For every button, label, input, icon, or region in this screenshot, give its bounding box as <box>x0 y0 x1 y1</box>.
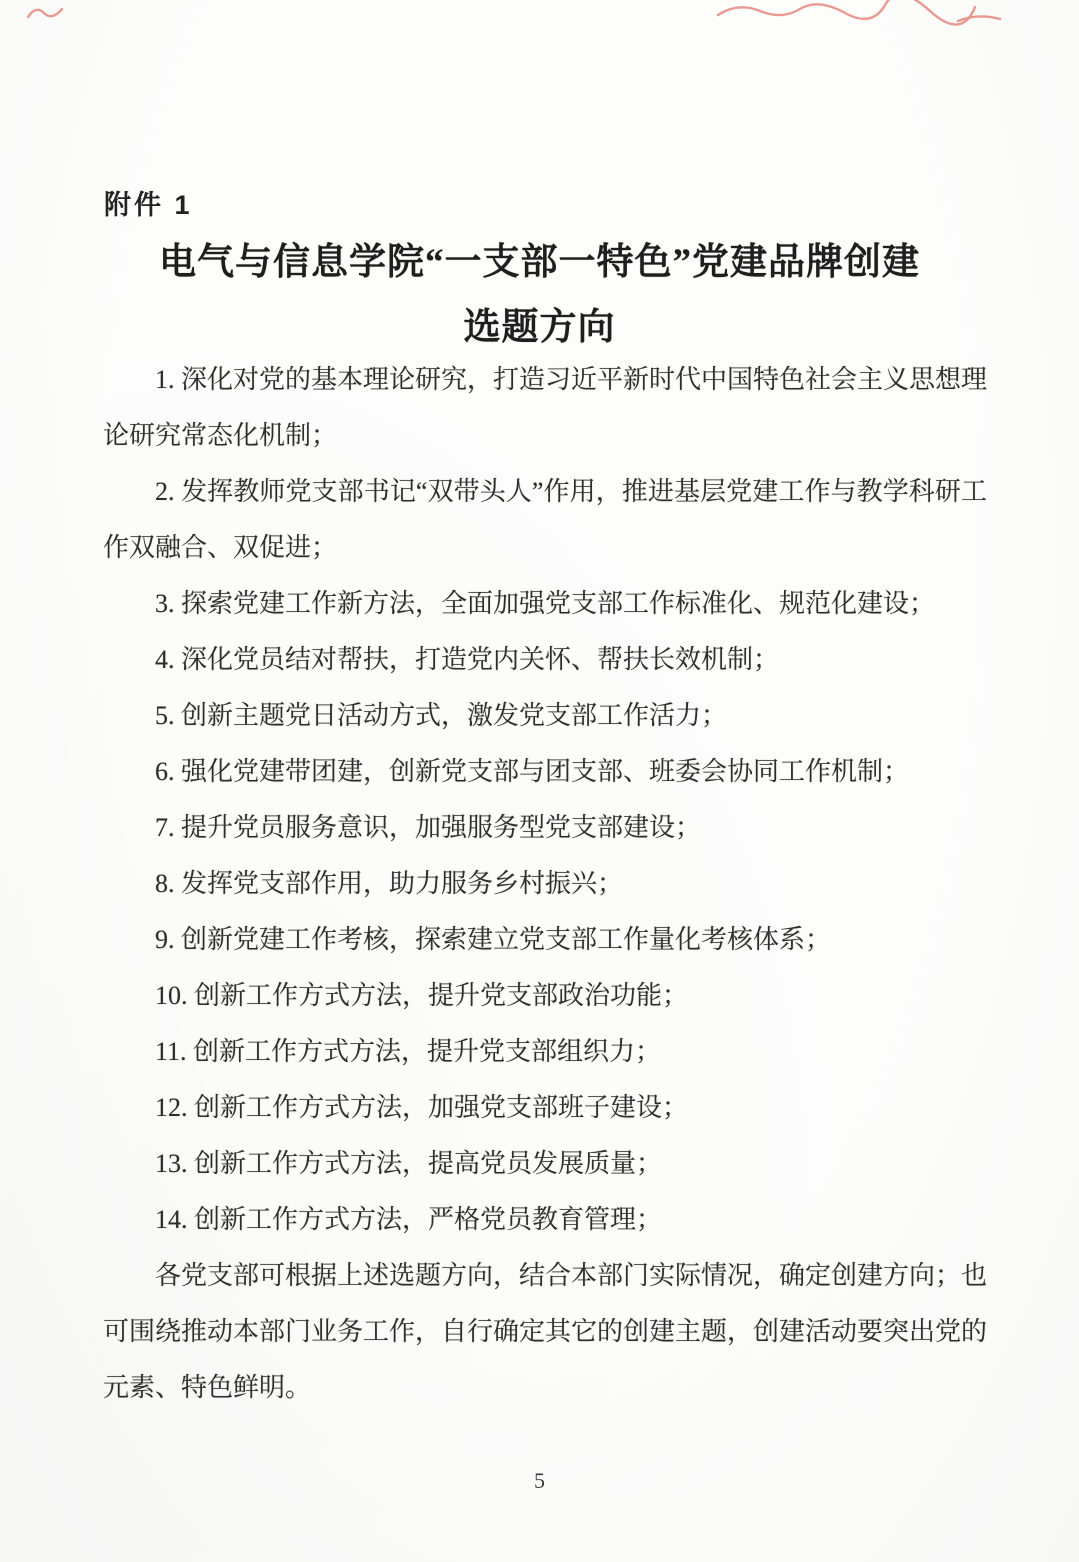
page-number: 5 <box>0 1468 1079 1494</box>
topic-item-9: 9. 创新党建工作考核，探索建立党支部工作量化考核体系； <box>103 912 987 968</box>
topic-item-10: 10. 创新工作方式方法，提升党支部政治功能； <box>103 968 987 1024</box>
topic-item-3: 3. 探索党建工作新方法，全面加强党支部工作标准化、规范化建设； <box>103 576 987 632</box>
topic-item-6: 6. 强化党建带团建，创新党支部与团支部、班委会协同工作机制； <box>103 744 987 800</box>
document-title-line2: 选题方向 <box>0 295 1079 360</box>
attachment-label: 附件 1 <box>104 183 193 222</box>
document-title: 电气与信息学院“一支部一特色”党建品牌创建 选题方向 <box>0 230 1079 360</box>
topic-item-2: 2. 发挥教师党支部书记“双带头人”作用，推进基层党建工作与教学科研工作双融合、… <box>103 464 987 576</box>
topic-item-1: 1. 深化对党的基本理论研究，打造习近平新时代中国特色社会主义思想理论研究常态化… <box>103 352 987 464</box>
red-pen-scribble <box>0 0 1079 34</box>
topic-item-11: 11. 创新工作方式方法，提升党支部组织力； <box>103 1024 987 1080</box>
document-page: 附件 1 电气与信息学院“一支部一特色”党建品牌创建 选题方向 1. 深化对党的… <box>0 0 1079 1562</box>
topic-item-5: 5. 创新主题党日活动方式，激发党支部工作活力； <box>103 688 987 744</box>
red-pen-scribble-center <box>718 0 975 25</box>
red-pen-scribble-right <box>958 16 1000 21</box>
topic-item-8: 8. 发挥党支部作用，助力服务乡村振兴； <box>103 856 987 912</box>
closing-paragraph: 各党支部可根据上述选题方向，结合本部门实际情况，确定创建方向；也可围绕推动本部门… <box>103 1248 987 1416</box>
topic-item-13: 13. 创新工作方式方法，提高党员发展质量； <box>103 1136 987 1192</box>
topic-item-14: 14. 创新工作方式方法，严格党员教育管理； <box>103 1192 987 1248</box>
document-body: 1. 深化对党的基本理论研究，打造习近平新时代中国特色社会主义思想理论研究常态化… <box>103 352 987 1416</box>
document-title-line1: 电气与信息学院“一支部一特色”党建品牌创建 <box>0 230 1079 295</box>
topic-item-12: 12. 创新工作方式方法，加强党支部班子建设； <box>103 1080 987 1136</box>
red-pen-scribble-left <box>28 9 62 17</box>
topic-item-4: 4. 深化党员结对帮扶，打造党内关怀、帮扶长效机制； <box>103 632 987 688</box>
topic-item-7: 7. 提升党员服务意识，加强服务型党支部建设； <box>103 800 987 856</box>
